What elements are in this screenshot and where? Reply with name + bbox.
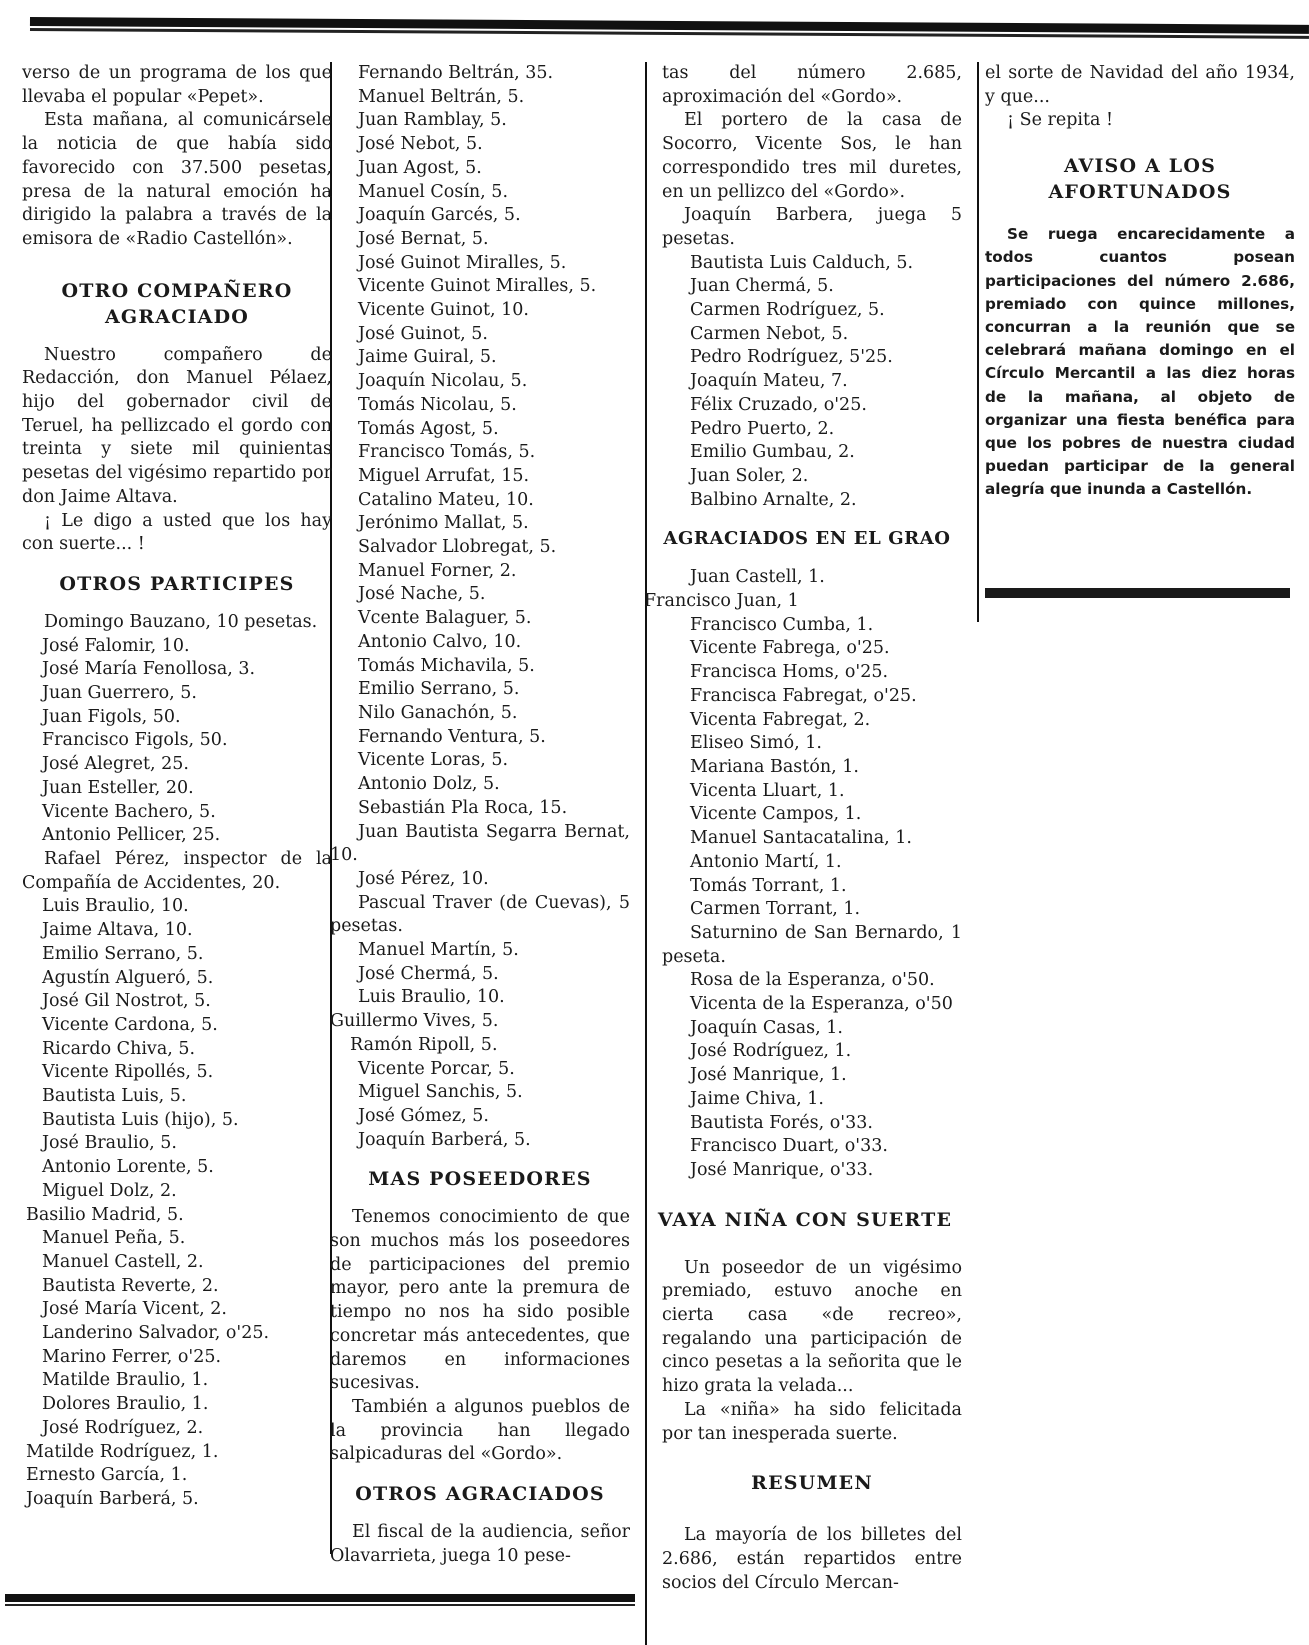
list-item: José Manrique, o'33.	[662, 1159, 962, 1183]
section-heading: MAS POSEEDORES	[330, 1166, 630, 1192]
list-item: Ricardo Chiva, 5.	[22, 1038, 332, 1062]
section-heading: OTRO COMPAÑERO AGRACIADO	[22, 278, 332, 330]
list-item: Juan Agost, 5.	[330, 157, 630, 181]
list-item: Manuel Peña, 5.	[22, 1227, 332, 1251]
list-item: Mariana Bastón, 1.	[662, 756, 962, 780]
article-text: El fiscal de la audiencia, señor Olavarr…	[330, 1521, 630, 1568]
list-item: Tomás Torrant, 1.	[662, 875, 962, 899]
list-item: Ernesto García, 1.	[22, 1464, 332, 1488]
list-item: Juan Chermá, 5.	[662, 275, 962, 299]
list-item: Basilio Madrid, 5.	[22, 1204, 332, 1228]
article-text: verso de un programa de los que llevaba …	[22, 62, 332, 109]
participant-list: Bautista Luis Calduch, 5. Juan Chermá, 5…	[662, 252, 962, 513]
list-item: Emilio Serrano, 5.	[330, 678, 630, 702]
list-item: Bautista Luis, 5.	[22, 1085, 332, 1109]
list-item: Francisca Fabregat, o'25.	[662, 685, 962, 709]
list-item: Guillermo Vives, 5.	[330, 1010, 630, 1034]
article-text: El portero de la casa de Socorro, Vicent…	[662, 109, 962, 204]
list-item: Landerino Salvador, o'25.	[22, 1322, 332, 1346]
list-item: Tomás Agost, 5.	[330, 418, 630, 442]
list-item: Juan Soler, 2.	[662, 465, 962, 489]
column-divider	[645, 62, 647, 1645]
list-item: Pascual Traver (de Cuevas), 5 pesetas.	[330, 892, 630, 939]
column-divider	[977, 62, 979, 622]
list-item: Vicente Loras, 5.	[330, 749, 630, 773]
list-item: José Rodríguez, 2.	[22, 1417, 332, 1441]
section-heading: AVISO A LOS AFORTUNADOS	[985, 153, 1295, 205]
list-item: Domingo Bauzano, 10 pesetas.	[22, 611, 332, 635]
list-item: José Nebot, 5.	[330, 133, 630, 157]
list-item: Saturnino de San Bernardo, 1 peseta.	[662, 922, 962, 969]
list-item: Miguel Dolz, 2.	[22, 1180, 332, 1204]
list-item: Juan Bautista Segarra Bernat, 10.	[330, 821, 630, 868]
list-item: Bautista Forés, o'33.	[662, 1112, 962, 1136]
article-text: La mayoría de los billetes del 2.686, es…	[662, 1524, 962, 1595]
list-item: Jaime Guiral, 5.	[330, 346, 630, 370]
list-item: Jerónimo Mallat, 5.	[330, 512, 630, 536]
list-item: Félix Cruzado, o'25.	[662, 394, 962, 418]
section-heading: RESUMEN	[662, 1470, 962, 1496]
bottom-rule-thin	[5, 1604, 635, 1606]
list-item: José Alegret, 25.	[22, 753, 332, 777]
list-item: Nilo Ganachón, 5.	[330, 702, 630, 726]
list-item: Vicenta Fabregat, 2.	[662, 709, 962, 733]
list-item: Carmen Torrant, 1.	[662, 898, 962, 922]
article-text: tas del número 2.685, aproximación del «…	[662, 62, 962, 109]
list-item: Francisca Homs, o'25.	[662, 661, 962, 685]
list-item: Eliseo Simó, 1.	[662, 732, 962, 756]
participant-list: Fernando Beltrán, 35. Manuel Beltrán, 5.…	[330, 62, 630, 821]
list-item: Sebastián Pla Roca, 15.	[330, 797, 630, 821]
column-1: verso de un programa de los que llevaba …	[22, 62, 332, 1512]
participant-list: Juan Castell, 1. Francisco Juan, 1 Franc…	[662, 566, 962, 922]
list-item: Antonio Calvo, 10.	[330, 631, 630, 655]
list-item: Antonio Dolz, 5.	[330, 773, 630, 797]
list-item: Fernando Ventura, 5.	[330, 726, 630, 750]
list-item: Emilio Serrano, 5.	[22, 943, 332, 967]
list-item: Francisco Figols, 50.	[22, 729, 332, 753]
section-heading: AGRACIADOS EN EL GRAO	[642, 526, 972, 552]
list-item: Fernando Beltrán, 35.	[330, 62, 630, 86]
list-item: Joaquín Mateu, 7.	[662, 370, 962, 394]
section-heading: OTROS AGRACIADOS	[330, 1481, 630, 1507]
participant-list: Rosa de la Esperanza, o'50. Vicenta de l…	[662, 969, 962, 1182]
list-item: Manuel Santacatalina, 1.	[662, 827, 962, 851]
list-item: Francisco Juan, 1	[644, 590, 962, 614]
list-item: Joaquín Barberá, 5.	[22, 1488, 332, 1512]
list-item: Juan Ramblay, 5.	[330, 109, 630, 133]
list-item: Juan Guerrero, 5.	[22, 682, 332, 706]
list-item: Joaquín Garcés, 5.	[330, 204, 630, 228]
list-item: Balbino Arnalte, 2.	[662, 489, 962, 513]
list-item: Ramón Ripoll, 5.	[330, 1034, 630, 1058]
list-item: Vicente Fabrega, o'25.	[662, 637, 962, 661]
article-text: Un poseedor de un vigésimo premiado, est…	[662, 1257, 962, 1399]
list-item: José Braulio, 5.	[22, 1132, 332, 1156]
list-item: José Manrique, 1.	[662, 1064, 962, 1088]
section-heading: OTROS PARTICIPES	[22, 571, 332, 597]
list-item: Miguel Arrufat, 15.	[330, 465, 630, 489]
article-text: La «niña» ha sido felicitada por tan ine…	[662, 1399, 962, 1446]
list-item: Emilio Gumbau, 2.	[662, 441, 962, 465]
list-item: Manuel Castell, 2.	[22, 1251, 332, 1275]
column-3: tas del número 2.685, aproximación del «…	[662, 62, 962, 1595]
list-item: Bautista Luis (hijo), 5.	[22, 1109, 332, 1133]
list-item: Carmen Rodríguez, 5.	[662, 299, 962, 323]
article-text: Esta mañana, al comunicársele la noticia…	[22, 109, 332, 251]
list-item: Vcente Balaguer, 5.	[330, 607, 630, 631]
article-text: Joaquín Barbera, juega 5 pesetas.	[662, 204, 962, 251]
list-item: José Guinot Miralles, 5.	[330, 252, 630, 276]
list-item: Catalino Mateu, 10.	[330, 489, 630, 513]
list-item: Manuel Forner, 2.	[330, 560, 630, 584]
list-item: Vicente Porcar, 5.	[330, 1058, 630, 1082]
list-item: Joaquín Nicolau, 5.	[330, 370, 630, 394]
list-item: Marino Ferrer, o'25.	[22, 1346, 332, 1370]
list-item: Vicenta de la Esperanza, o'50	[662, 993, 962, 1017]
list-item: Vicente Guinot Miralles, 5.	[330, 275, 630, 299]
participant-list: Manuel Martín, 5. José Chermá, 5. Luis B…	[330, 939, 630, 1152]
list-item: José Guinot, 5.	[330, 323, 630, 347]
list-item: José María Vicent, 2.	[22, 1298, 332, 1322]
participant-list: Luis Braulio, 10. Jaime Altava, 10. Emil…	[22, 895, 332, 1511]
list-item: Salvador Llobregat, 5.	[330, 536, 630, 560]
list-item: Bautista Reverte, 2.	[22, 1275, 332, 1299]
section-heading: VAYA NIÑA CON SUERTE	[648, 1207, 962, 1233]
list-item: Tomás Michavila, 5.	[330, 655, 630, 679]
list-item: Joaquín Casas, 1.	[662, 1017, 962, 1041]
list-item: Agustín Algueró, 5.	[22, 967, 332, 991]
list-item: Francisco Cumba, 1.	[662, 614, 962, 638]
list-item: Jaime Chiva, 1.	[662, 1088, 962, 1112]
list-item: Joaquín Barberá, 5.	[330, 1129, 630, 1153]
list-item: Francisco Tomás, 5.	[330, 441, 630, 465]
article-text: Nuestro compañero de Redacción, don Manu…	[22, 344, 332, 510]
list-item: José Pérez, 10.	[330, 868, 630, 892]
notice-text: Se ruega encarecidamente a todos cuantos…	[985, 223, 1295, 501]
list-item: Manuel Martín, 5.	[330, 939, 630, 963]
bottom-rule	[5, 1594, 635, 1602]
participant-list: José Falomir, 10. José María Fenollosa, …	[22, 635, 332, 848]
list-item: Juan Castell, 1.	[662, 566, 962, 590]
list-item: Dolores Braulio, 1.	[22, 1393, 332, 1417]
list-item: José Rodríguez, 1.	[662, 1040, 962, 1064]
list-item: Carmen Nebot, 5.	[662, 323, 962, 347]
list-item: Pedro Puerto, 2.	[662, 418, 962, 442]
list-item: José María Fenollosa, 3.	[22, 658, 332, 682]
list-item: Manuel Beltrán, 5.	[330, 86, 630, 110]
article-text: ¡ Se repita !	[985, 109, 1295, 133]
list-item: Matilde Rodríguez, 1.	[22, 1441, 332, 1465]
list-item: Antonio Lorente, 5.	[22, 1156, 332, 1180]
list-item: Manuel Cosín, 5.	[330, 181, 630, 205]
list-item: José Gómez, 5.	[330, 1105, 630, 1129]
list-item: Juan Figols, 50.	[22, 706, 332, 730]
list-item: Vicente Ripollés, 5.	[22, 1061, 332, 1085]
list-item: Antonio Martí, 1.	[662, 851, 962, 875]
list-item: José Nache, 5.	[330, 583, 630, 607]
list-item: Vicente Bachero, 5.	[22, 801, 332, 825]
list-item: Vicenta Lluart, 1.	[662, 780, 962, 804]
list-item: José Falomir, 10.	[22, 635, 332, 659]
column-4: el sorte de Navidad del año 1934, y que.…	[985, 62, 1295, 502]
list-item: Francisco Duart, o'33.	[662, 1135, 962, 1159]
article-text: ¡ Le digo a usted que los hay con suerte…	[22, 510, 332, 557]
article-text: También a algunos pueblos de la provinci…	[330, 1396, 630, 1467]
list-item: Antonio Pellicer, 25.	[22, 824, 332, 848]
list-item: Vicente Cardona, 5.	[22, 1014, 332, 1038]
list-item: José Gil Nostrot, 5.	[22, 990, 332, 1014]
column-2: Fernando Beltrán, 35. Manuel Beltrán, 5.…	[330, 62, 630, 1568]
section-rule	[985, 588, 1290, 598]
list-item: Matilde Braulio, 1.	[22, 1369, 332, 1393]
article-text: el sorte de Navidad del año 1934, y que.…	[985, 62, 1295, 109]
list-item: José Chermá, 5.	[330, 963, 630, 987]
list-item: Luis Braulio, 10.	[330, 986, 630, 1010]
list-item: José Bernat, 5.	[330, 228, 630, 252]
list-item: Pedro Rodríguez, 5'25.	[662, 346, 962, 370]
list-item: Rosa de la Esperanza, o'50.	[662, 969, 962, 993]
list-item: Rafael Pérez, inspector de la Compañía d…	[22, 848, 332, 895]
list-item: Luis Braulio, 10.	[22, 895, 332, 919]
list-item: Juan Esteller, 20.	[22, 777, 332, 801]
list-item: Vicente Guinot, 10.	[330, 299, 630, 323]
list-item: Bautista Luis Calduch, 5.	[662, 252, 962, 276]
list-item: Tomás Nicolau, 5.	[330, 394, 630, 418]
list-item: Vicente Campos, 1.	[662, 803, 962, 827]
list-item: Jaime Altava, 10.	[22, 919, 332, 943]
article-text: Tenemos conocimiento de que son muchos m…	[330, 1206, 630, 1396]
list-item: Miguel Sanchis, 5.	[330, 1081, 630, 1105]
